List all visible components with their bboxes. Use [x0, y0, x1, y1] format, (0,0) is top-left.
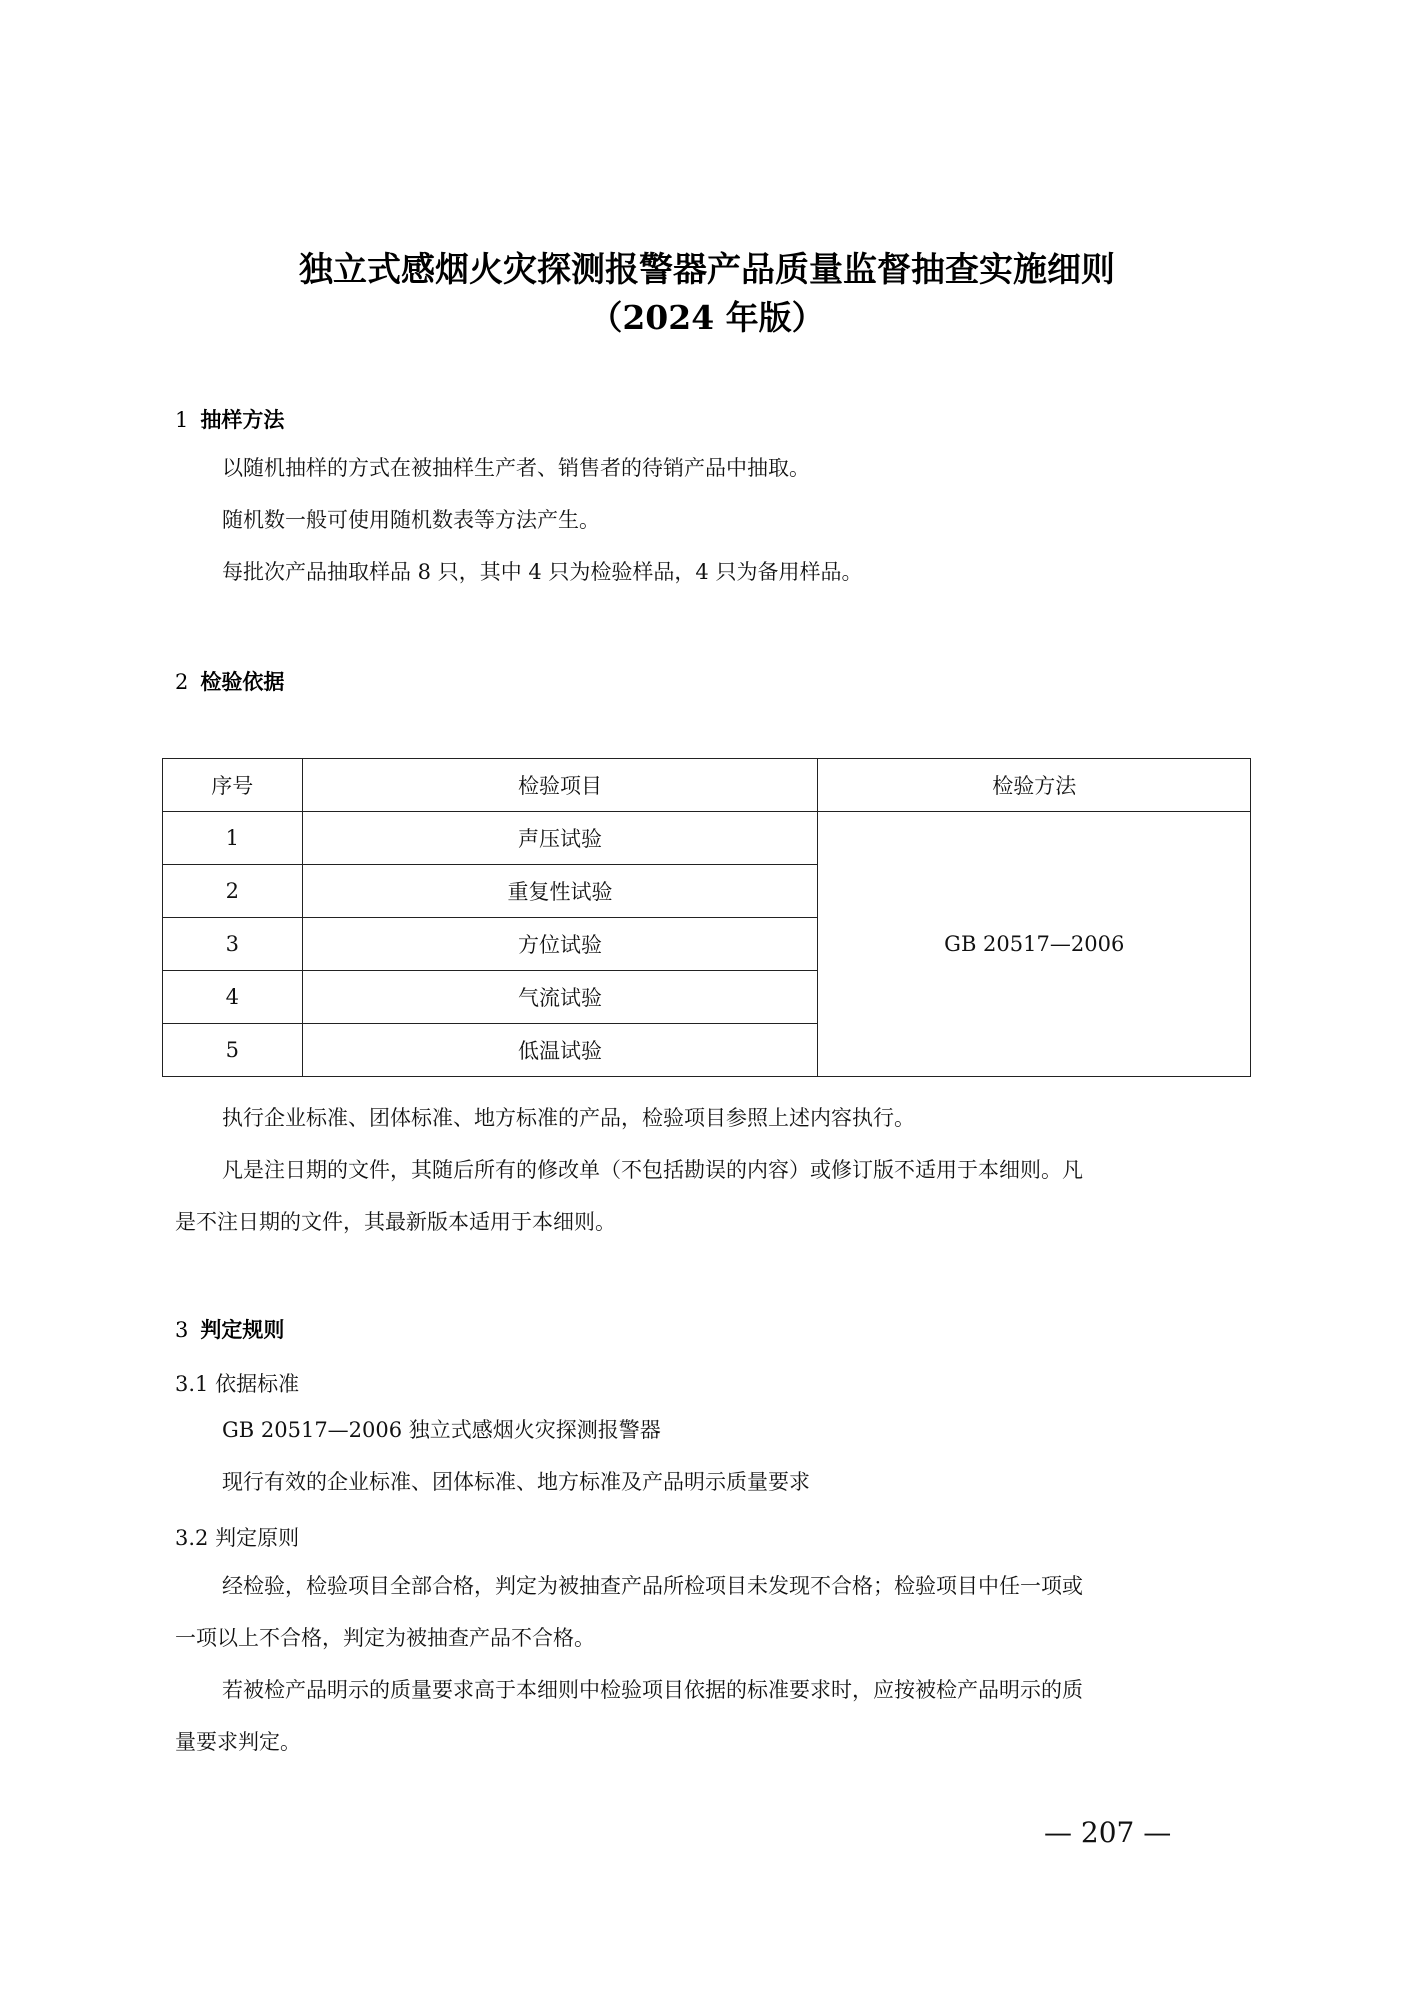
- subsection-3-2-heading: 3.2 判定原则: [175, 1522, 299, 1552]
- paragraph: 凡是注日期的文件，其随后所有的修改单（不包括勘误的内容）或修订版不适用于本细则。…: [222, 1160, 1083, 1181]
- cell-item: 低温试验: [302, 1024, 818, 1077]
- table-header-item: 检验项目: [302, 759, 818, 812]
- cell-no: 1: [163, 812, 303, 865]
- cell-no: 3: [163, 918, 303, 971]
- table-row: 1 声压试验 GB 20517—2006: [163, 812, 1251, 865]
- cell-no: 4: [163, 971, 303, 1024]
- page-number: — 207 —: [1044, 1816, 1171, 1849]
- section-number: 3: [175, 1318, 188, 1342]
- paragraph: 现行有效的企业标准、团体标准、地方标准及产品明示质量要求: [222, 1472, 810, 1493]
- table-header-row: 序号 检验项目 检验方法: [163, 759, 1251, 812]
- paragraph: 一项以上不合格，判定为被抽查产品不合格。: [175, 1628, 595, 1649]
- section-title: 检验依据: [200, 670, 284, 694]
- cell-no: 5: [163, 1024, 303, 1077]
- paragraph: 经检验，检验项目全部合格，判定为被抽查产品所检项目未发现不合格；检验项目中任一项…: [222, 1576, 1083, 1597]
- paragraph: 若被检产品明示的质量要求高于本细则中检验项目依据的标准要求时，应按被检产品明示的…: [222, 1680, 1083, 1701]
- inspection-table: 序号 检验项目 检验方法 1 声压试验 GB 20517—2006 2 重复性试…: [162, 758, 1251, 1077]
- table-header-no: 序号: [163, 759, 303, 812]
- section-2-heading: 2检验依据: [175, 666, 284, 696]
- section-title: 抽样方法: [200, 408, 284, 432]
- paragraph: 是不注日期的文件，其最新版本适用于本细则。: [175, 1212, 616, 1233]
- section-3-heading: 3判定规则: [175, 1314, 284, 1344]
- cell-item: 方位试验: [302, 918, 818, 971]
- section-1-heading: 1抽样方法: [175, 404, 284, 434]
- paragraph: 以随机抽样的方式在被抽样生产者、销售者的待销产品中抽取。: [222, 458, 810, 479]
- cell-item: 声压试验: [302, 812, 818, 865]
- cell-item: 气流试验: [302, 971, 818, 1024]
- cell-method: GB 20517—2006: [818, 812, 1251, 1077]
- paragraph: GB 20517—2006 独立式感烟火灾探测报警器: [222, 1420, 661, 1441]
- document-title: 独立式感烟火灾探测报警器产品质量监督抽查实施细则: [0, 242, 1414, 291]
- table-header-method: 检验方法: [818, 759, 1251, 812]
- cell-item: 重复性试验: [302, 865, 818, 918]
- section-number: 2: [175, 670, 188, 694]
- cell-no: 2: [163, 865, 303, 918]
- section-number: 1: [175, 408, 188, 432]
- subsection-3-1-heading: 3.1 依据标准: [175, 1368, 299, 1398]
- document-subtitle: （2024 年版）: [0, 292, 1414, 339]
- paragraph: 每批次产品抽取样品 8 只，其中 4 只为检验样品，4 只为备用样品。: [222, 562, 862, 583]
- paragraph: 随机数一般可使用随机数表等方法产生。: [222, 510, 600, 531]
- section-title: 判定规则: [200, 1318, 284, 1342]
- paragraph: 量要求判定。: [175, 1732, 301, 1753]
- paragraph: 执行企业标准、团体标准、地方标准的产品，检验项目参照上述内容执行。: [222, 1108, 915, 1129]
